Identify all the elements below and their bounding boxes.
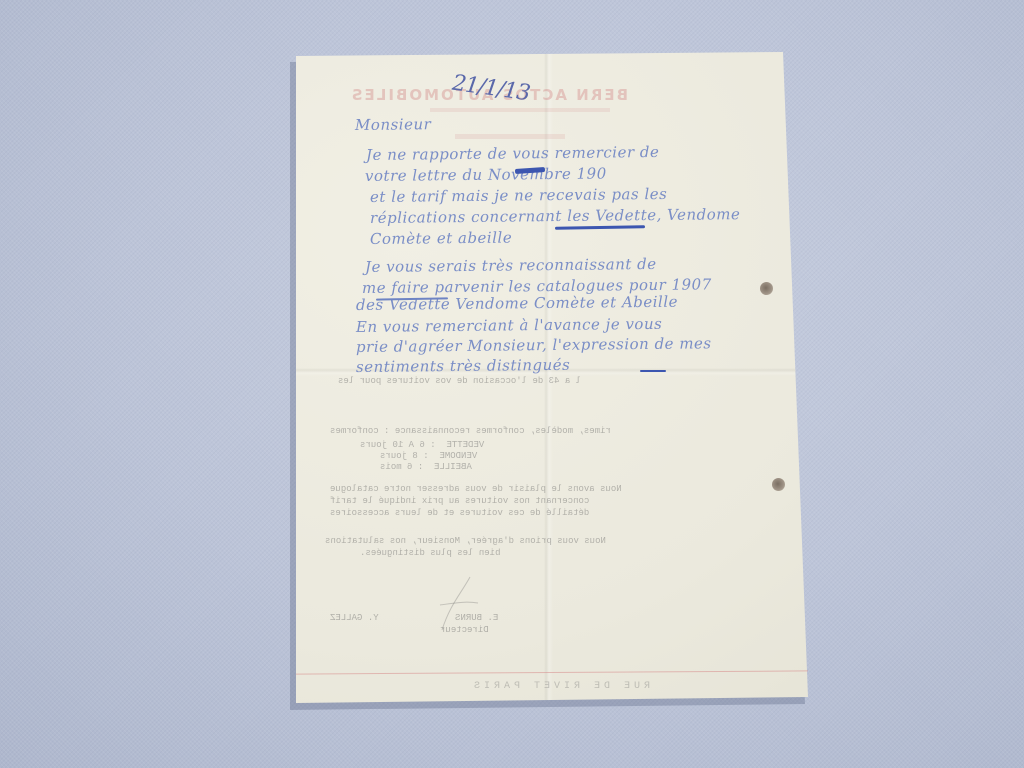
letter-line: Comète et abeille bbox=[370, 229, 512, 248]
typed-line: Nous avons le plaisir de vous adresser n… bbox=[330, 484, 622, 495]
ink-flourish bbox=[640, 370, 666, 372]
letterhead-subline-2 bbox=[455, 134, 565, 139]
typed-line: l a 43 de l'occasion de vos voitures pou… bbox=[338, 376, 581, 387]
letter-line: votre lettre du Novembre 190 bbox=[365, 164, 607, 185]
typed-line: VEDETTE : 6 A 10 jours bbox=[360, 440, 484, 451]
typed-line: détaillé de ces voitures et de leurs acc… bbox=[330, 508, 589, 519]
salutation: Monsieur bbox=[355, 115, 431, 134]
typed-line: rimes, modèles, conformes reconnaissance… bbox=[330, 426, 611, 437]
typed-line: concernant nos voitures au prix indiqué … bbox=[330, 496, 589, 507]
letter-line: En vous remerciant à l'avance je vous bbox=[356, 315, 662, 336]
typed-line: Nous vous prions d'agréer, Monsieur, nos… bbox=[325, 536, 606, 547]
punch-hole bbox=[760, 282, 773, 295]
signature-scribble bbox=[430, 575, 480, 635]
letter-line: Je vous serais très reconnaissant de bbox=[365, 255, 657, 276]
punch-hole bbox=[772, 478, 785, 491]
letter-line: Je ne rapporte de vous remercier de bbox=[366, 143, 660, 164]
letter-line: prie d'agréer Monsieur, l'expression de … bbox=[356, 334, 712, 356]
typed-line: bien les plus distinguées. bbox=[360, 548, 500, 559]
typed-line: VENDOME : 8 jours bbox=[380, 451, 477, 462]
letter-line: réplications concernant les Vedette, Ven… bbox=[370, 205, 740, 227]
letterhead-footer-show-through: RUE DE RIVET PARIS bbox=[350, 681, 770, 692]
letter-line: et le tarif mais je ne recevais pas les bbox=[370, 185, 667, 206]
letter-line: sentiments très distingués bbox=[356, 356, 570, 376]
letter-line: des Vedette Vendome Comète et Abeille bbox=[356, 293, 678, 314]
typed-line: ABEILLE : 6 mois bbox=[380, 462, 472, 473]
letterhead-subline bbox=[430, 108, 610, 112]
typed-signature: Y. GALLEZ bbox=[330, 613, 379, 624]
